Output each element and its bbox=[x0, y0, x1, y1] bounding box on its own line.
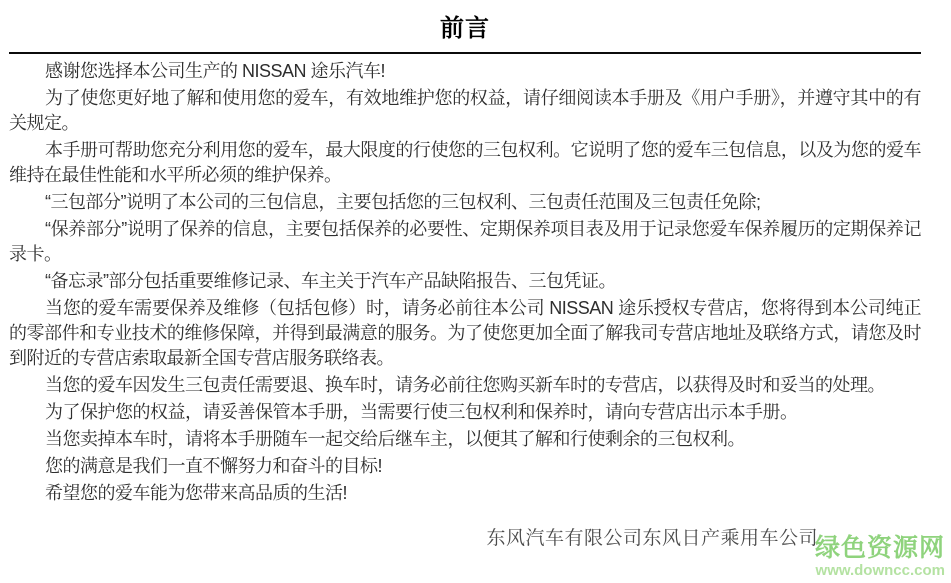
preface-paragraph: 为了保护您的权益，请妥善保管本手册，当需要行使三包权利和保养时，请向专营店出示本… bbox=[9, 400, 921, 425]
watermark-site-name: 绿色资源网 bbox=[815, 536, 945, 561]
preface-paragraph: “保养部分”说明了保养的信息，主要包括保养的必要性、定期保养项目表及用于记录您爱… bbox=[9, 217, 921, 267]
preface-paragraph: “三包部分”说明了本公司的三包信息，主要包括您的三包权利、三包责任范围及三包责任… bbox=[9, 190, 921, 215]
preface-paragraph: 感谢您选择本公司生产的 NISSAN 途乐汽车! bbox=[9, 59, 921, 84]
preface-paragraph: 当您的爱车需要保养及维修（包括包修）时，请务必前往本公司 NISSAN 途乐授权… bbox=[9, 296, 921, 371]
page-title: 前言 bbox=[9, 0, 921, 52]
preface-paragraph: 您的满意是我们一直不懈努力和奋斗的目标! bbox=[9, 454, 921, 479]
preface-paragraph: 当您卖掉本车时，请将本手册随车一起交给后继车主，以便其了解和行使剩余的三包权利。 bbox=[9, 427, 921, 452]
preface-body: 感谢您选择本公司生产的 NISSAN 途乐汽车! 为了使您更好地了解和使用您的爱… bbox=[9, 54, 921, 506]
company-name: 东风汽车有限公司东风日产乘用车公司 bbox=[9, 523, 921, 550]
preface-paragraph: 为了使您更好地了解和使用您的爱车，有效地维护您的权益，请仔细阅读本手册及《用户手… bbox=[9, 86, 921, 136]
watermark: 绿色资源网 www.downcc.com bbox=[815, 536, 945, 578]
preface-paragraph: “备忘录”部分包括重要维修记录、车主关于汽车产品缺陷报告、三包凭证。 bbox=[9, 269, 921, 294]
watermark-site-url: www.downcc.com bbox=[815, 563, 945, 578]
document-page: 前言 感谢您选择本公司生产的 NISSAN 途乐汽车! 为了使您更好地了解和使用… bbox=[0, 0, 951, 550]
preface-paragraph: 希望您的爱车能为您带来高品质的生活! bbox=[9, 481, 921, 506]
preface-paragraph: 本手册可帮助您充分利用您的爱车，最大限度的行使您的三包权利。它说明了您的爱车三包… bbox=[9, 138, 921, 188]
preface-paragraph: 当您的爱车因发生三包责任需要退、换车时，请务必前往您购买新车时的专营店，以获得及… bbox=[9, 373, 921, 398]
